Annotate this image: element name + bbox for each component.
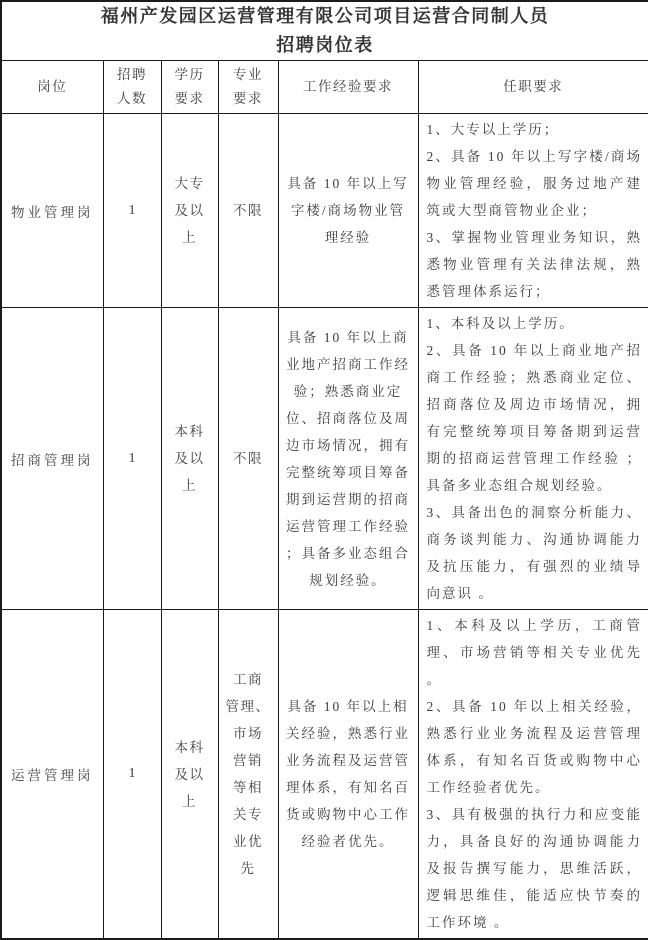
column-header-major: 专业 要求 xyxy=(218,61,278,114)
experience-cell: 具备 10 年以上相关经验，熟悉行业业务流程及运营管理体系，有知名百货或购物中心… xyxy=(278,610,418,940)
requirements-cell: 1、本科及以上学历，工商管理、市场营销等相关专业优先 。 2、具备 10 年以上… xyxy=(418,610,648,940)
position-cell: 招商管理岗 xyxy=(1,308,103,610)
table-header-row: 岗位 招聘 人数 学历 要求 专业 要求 工作经验要求 任职要求 xyxy=(1,61,648,114)
column-header-headcount: 招聘 人数 xyxy=(103,61,161,114)
title-row: 福州产发园区运营管理有限公司项目运营合同制人员 招聘岗位表 xyxy=(1,1,648,61)
experience-cell: 具备 10 年以上商业地产招商工作经验；熟悉商业定位、招商落位及周边市场情况，拥… xyxy=(278,308,418,610)
education-cell: 本科 及以 上 xyxy=(161,610,218,940)
column-header-requirements: 任职要求 xyxy=(418,61,648,114)
major-cell: 不限 xyxy=(218,114,278,308)
table-row-investment-management: 招商管理岗 1 本科 及以 上 不限 具备 10 年以上商业地产招商工作经验；熟… xyxy=(1,308,648,610)
education-cell: 本科 及以 上 xyxy=(161,308,218,610)
page-title-line1: 福州产发园区运营管理有限公司项目运营合同制人员 xyxy=(8,2,642,31)
position-cell: 物业管理岗 xyxy=(1,114,103,308)
recruitment-table: 福州产发园区运营管理有限公司项目运营合同制人员 招聘岗位表 岗位 招聘 人数 学… xyxy=(0,0,648,940)
page-title: 福州产发园区运营管理有限公司项目运营合同制人员 招聘岗位表 xyxy=(1,1,648,61)
major-cell: 不限 xyxy=(218,308,278,610)
column-header-experience: 工作经验要求 xyxy=(278,61,418,114)
experience-cell: 具备 10 年以上写字楼/商场物业管理经验 xyxy=(278,114,418,308)
requirements-cell: 1、本科及以上学历。 2、具备 10 年以上商业地产招商工作经验；熟悉商业定位、… xyxy=(418,308,648,610)
headcount-cell: 1 xyxy=(103,114,161,308)
column-header-position: 岗位 xyxy=(1,61,103,114)
education-cell: 大专 及以 上 xyxy=(161,114,218,308)
position-cell: 运营管理岗 xyxy=(1,610,103,940)
requirements-cell: 1、大专以上学历； 2、具备 10 年以上写字楼/商场物业管理经验，服务过地产建… xyxy=(418,114,648,308)
table-row-operations-management: 运营管理岗 1 本科 及以 上 工商 管理、 市场 营销 等相 关专 业优 先 … xyxy=(1,610,648,940)
major-cell: 工商 管理、 市场 营销 等相 关专 业优 先 xyxy=(218,610,278,940)
headcount-cell: 1 xyxy=(103,610,161,940)
table-row-property-management: 物业管理岗 1 大专 及以 上 不限 具备 10 年以上写字楼/商场物业管理经验… xyxy=(1,114,648,308)
page-title-line2: 招聘岗位表 xyxy=(8,31,642,60)
column-header-education: 学历 要求 xyxy=(161,61,218,114)
headcount-cell: 1 xyxy=(103,308,161,610)
